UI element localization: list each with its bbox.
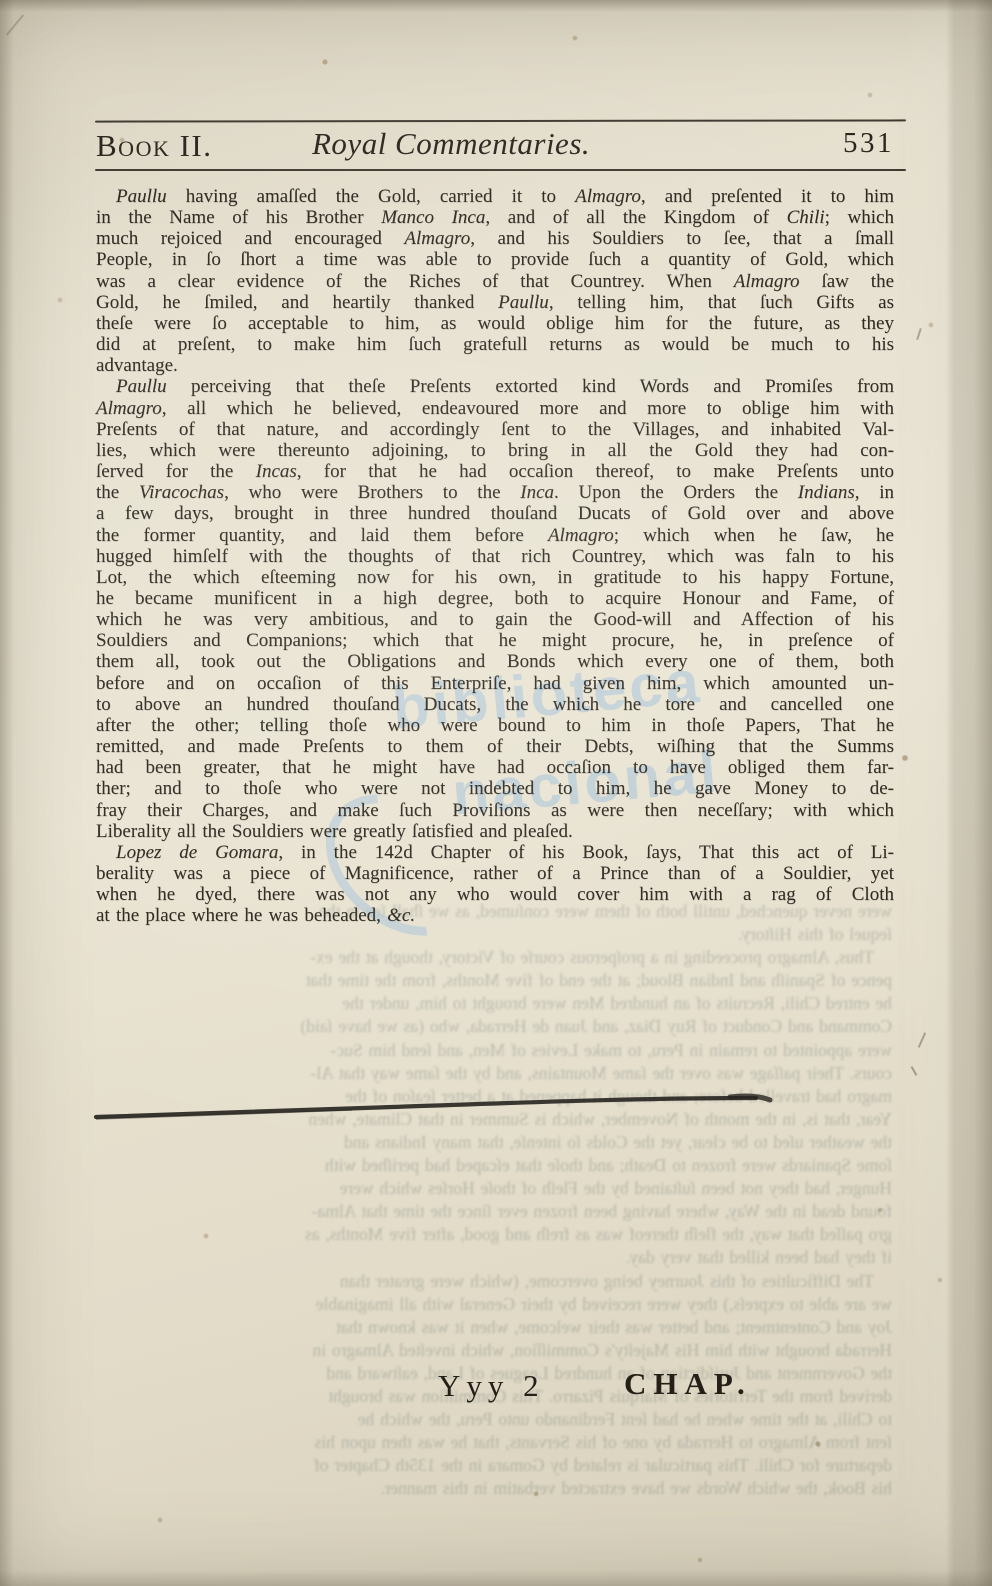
showthrough-line: ſequel of this Hiſtory. bbox=[86, 923, 892, 946]
text-line: before and on occaſion of this Enterpriſ… bbox=[96, 673, 894, 694]
text-line: theſe were ſo acceptable to him, as woul… bbox=[96, 313, 894, 334]
showthrough-line: Command and Conduct of Ruy Diaz, and Jua… bbox=[86, 1015, 892, 1038]
showthrough-line: were appointed to remain in Peru, to mak… bbox=[86, 1039, 892, 1062]
showthrough-line: his Book, the which Words we have extrac… bbox=[86, 1477, 892, 1500]
text-line: ther; and to thoſe who were not indebted… bbox=[96, 778, 894, 799]
showthrough-line: cours. Their paſſage was over the ſame M… bbox=[86, 1062, 892, 1085]
text-line: the Viracochas, who were Brothers to the… bbox=[96, 482, 894, 503]
showthrough-line: to Chili, at the time when he had ſent F… bbox=[86, 1408, 892, 1431]
ink-strike-mark bbox=[92, 1088, 782, 1122]
showthrough-line: found dead in the Way, where having been… bbox=[86, 1200, 892, 1223]
text-line: hugged himſelf with the thoughts of that… bbox=[96, 546, 894, 567]
text-line: People, in ſo ſhort a time was able to p… bbox=[96, 249, 894, 270]
text-line: Lopez de Gomara, in the 142d Chapter of … bbox=[96, 842, 894, 863]
text-line: berality was a piece of Magnificence, ra… bbox=[96, 863, 894, 884]
showthrough-line: we are able to expreſs,) they were recei… bbox=[86, 1293, 892, 1316]
showthrough-line: pence of Spaniſh and Indian Bloud; at th… bbox=[86, 969, 892, 992]
catchword: CHAP. bbox=[624, 1366, 752, 1402]
showthrough-line: Thus, Almagro proceeding in a proſperous… bbox=[86, 946, 892, 969]
header-rule-bottom bbox=[95, 169, 906, 171]
text-line: which he was very ambitious, and to gain… bbox=[96, 609, 894, 630]
text-line: Gold, he ſmiled, and heartily thanked Pa… bbox=[96, 292, 894, 313]
text-line: them all, took out the Obligations and B… bbox=[96, 651, 894, 672]
showthrough-line: the weather uſed to be clear, yet the Co… bbox=[86, 1131, 892, 1154]
text-line: the former quantity, and laid them befor… bbox=[96, 525, 894, 546]
text-line: a few days, brought in three hundred tho… bbox=[96, 503, 894, 524]
text-line: remitted, and made Preſents to them of t… bbox=[96, 736, 894, 757]
showthrough-line: Herrada brought with him His Majeſty's C… bbox=[86, 1339, 892, 1362]
text-line: Lot, the which eſteeming now for his own… bbox=[96, 567, 894, 588]
text-line: when he dyed, there was not any who woul… bbox=[96, 884, 894, 905]
text-line: advantage. bbox=[96, 355, 894, 376]
text-line: Almagro, all which he believed, endeavou… bbox=[96, 398, 894, 419]
book-label: Book II. bbox=[96, 128, 213, 164]
text-line: in the Name of his Brother Manco Inca, a… bbox=[96, 207, 894, 228]
text-line: Souldiers and Companions; which that he … bbox=[96, 630, 894, 651]
showthrough-line: ſent from Almagro to Herrada by one of h… bbox=[86, 1431, 892, 1454]
text-line: Preſents of that nature, and accordingly… bbox=[96, 419, 894, 440]
page-number: 531 bbox=[843, 127, 894, 160]
verso-showthrough-text: were never quenched, untill both of them… bbox=[86, 900, 892, 1500]
book-page-scan: biblioteca nacional were never quenched,… bbox=[0, 0, 992, 1586]
running-title: Royal Commentaries. bbox=[312, 126, 590, 162]
text-line: after the other; telling thoſe who were … bbox=[96, 715, 894, 736]
text-line: Paullu having amaſſed the Gold, carried … bbox=[96, 186, 894, 207]
text-line: did at preſent, to make him ſuch gratefu… bbox=[96, 334, 894, 355]
text-line: at the place where he was beheaded, &c. bbox=[96, 905, 894, 926]
margin-pen-mark bbox=[911, 1066, 918, 1076]
margin-pen-mark bbox=[918, 1032, 926, 1047]
text-line: lies, which were thereunto adjoining, to… bbox=[96, 440, 894, 461]
showthrough-line: The Difficulties of this Journey being o… bbox=[86, 1270, 892, 1293]
body-text: Paullu having amaſſed the Gold, carried … bbox=[96, 186, 894, 926]
corner-crease-mark bbox=[6, 14, 24, 35]
text-line: fray their Charges, and make ſuch Proviſ… bbox=[96, 800, 894, 821]
text-line: Liberality all the Souldiers were greatl… bbox=[96, 821, 894, 842]
header-rule-top bbox=[95, 119, 906, 123]
showthrough-line: Hunger, had they not been ſuſtained by t… bbox=[86, 1177, 892, 1200]
text-line: had been greater, that he might have had… bbox=[96, 757, 894, 778]
showthrough-line: he entred Chili, Recruits of an hundred … bbox=[86, 992, 892, 1015]
showthrough-line: departure for Chili. This particular is … bbox=[86, 1454, 892, 1477]
text-line: much rejoiced and encouraged Almagro, an… bbox=[96, 228, 894, 249]
text-line: he became munificent in a high degree, b… bbox=[96, 588, 894, 609]
margin-pen-mark bbox=[916, 328, 922, 340]
signature-mark: Yyy 2 bbox=[438, 1368, 545, 1404]
text-line: was a clear evidence of the Riches of th… bbox=[96, 271, 894, 292]
showthrough-line: ſome Spaniards were frozen to Death; and… bbox=[86, 1154, 892, 1177]
showthrough-line: gro paſſed that way, the fleſh thereof w… bbox=[86, 1223, 892, 1246]
showthrough-line: Joy and Contentment; and better was thei… bbox=[86, 1316, 892, 1339]
text-line: to above an hundred thouſand Ducats, the… bbox=[96, 694, 894, 715]
showthrough-line: if they had been killed that very day. bbox=[86, 1246, 892, 1269]
text-line: Paullu perceiving that theſe Preſents ex… bbox=[96, 376, 894, 397]
text-line: ſerved for the Incas, for that he had oc… bbox=[96, 461, 894, 482]
